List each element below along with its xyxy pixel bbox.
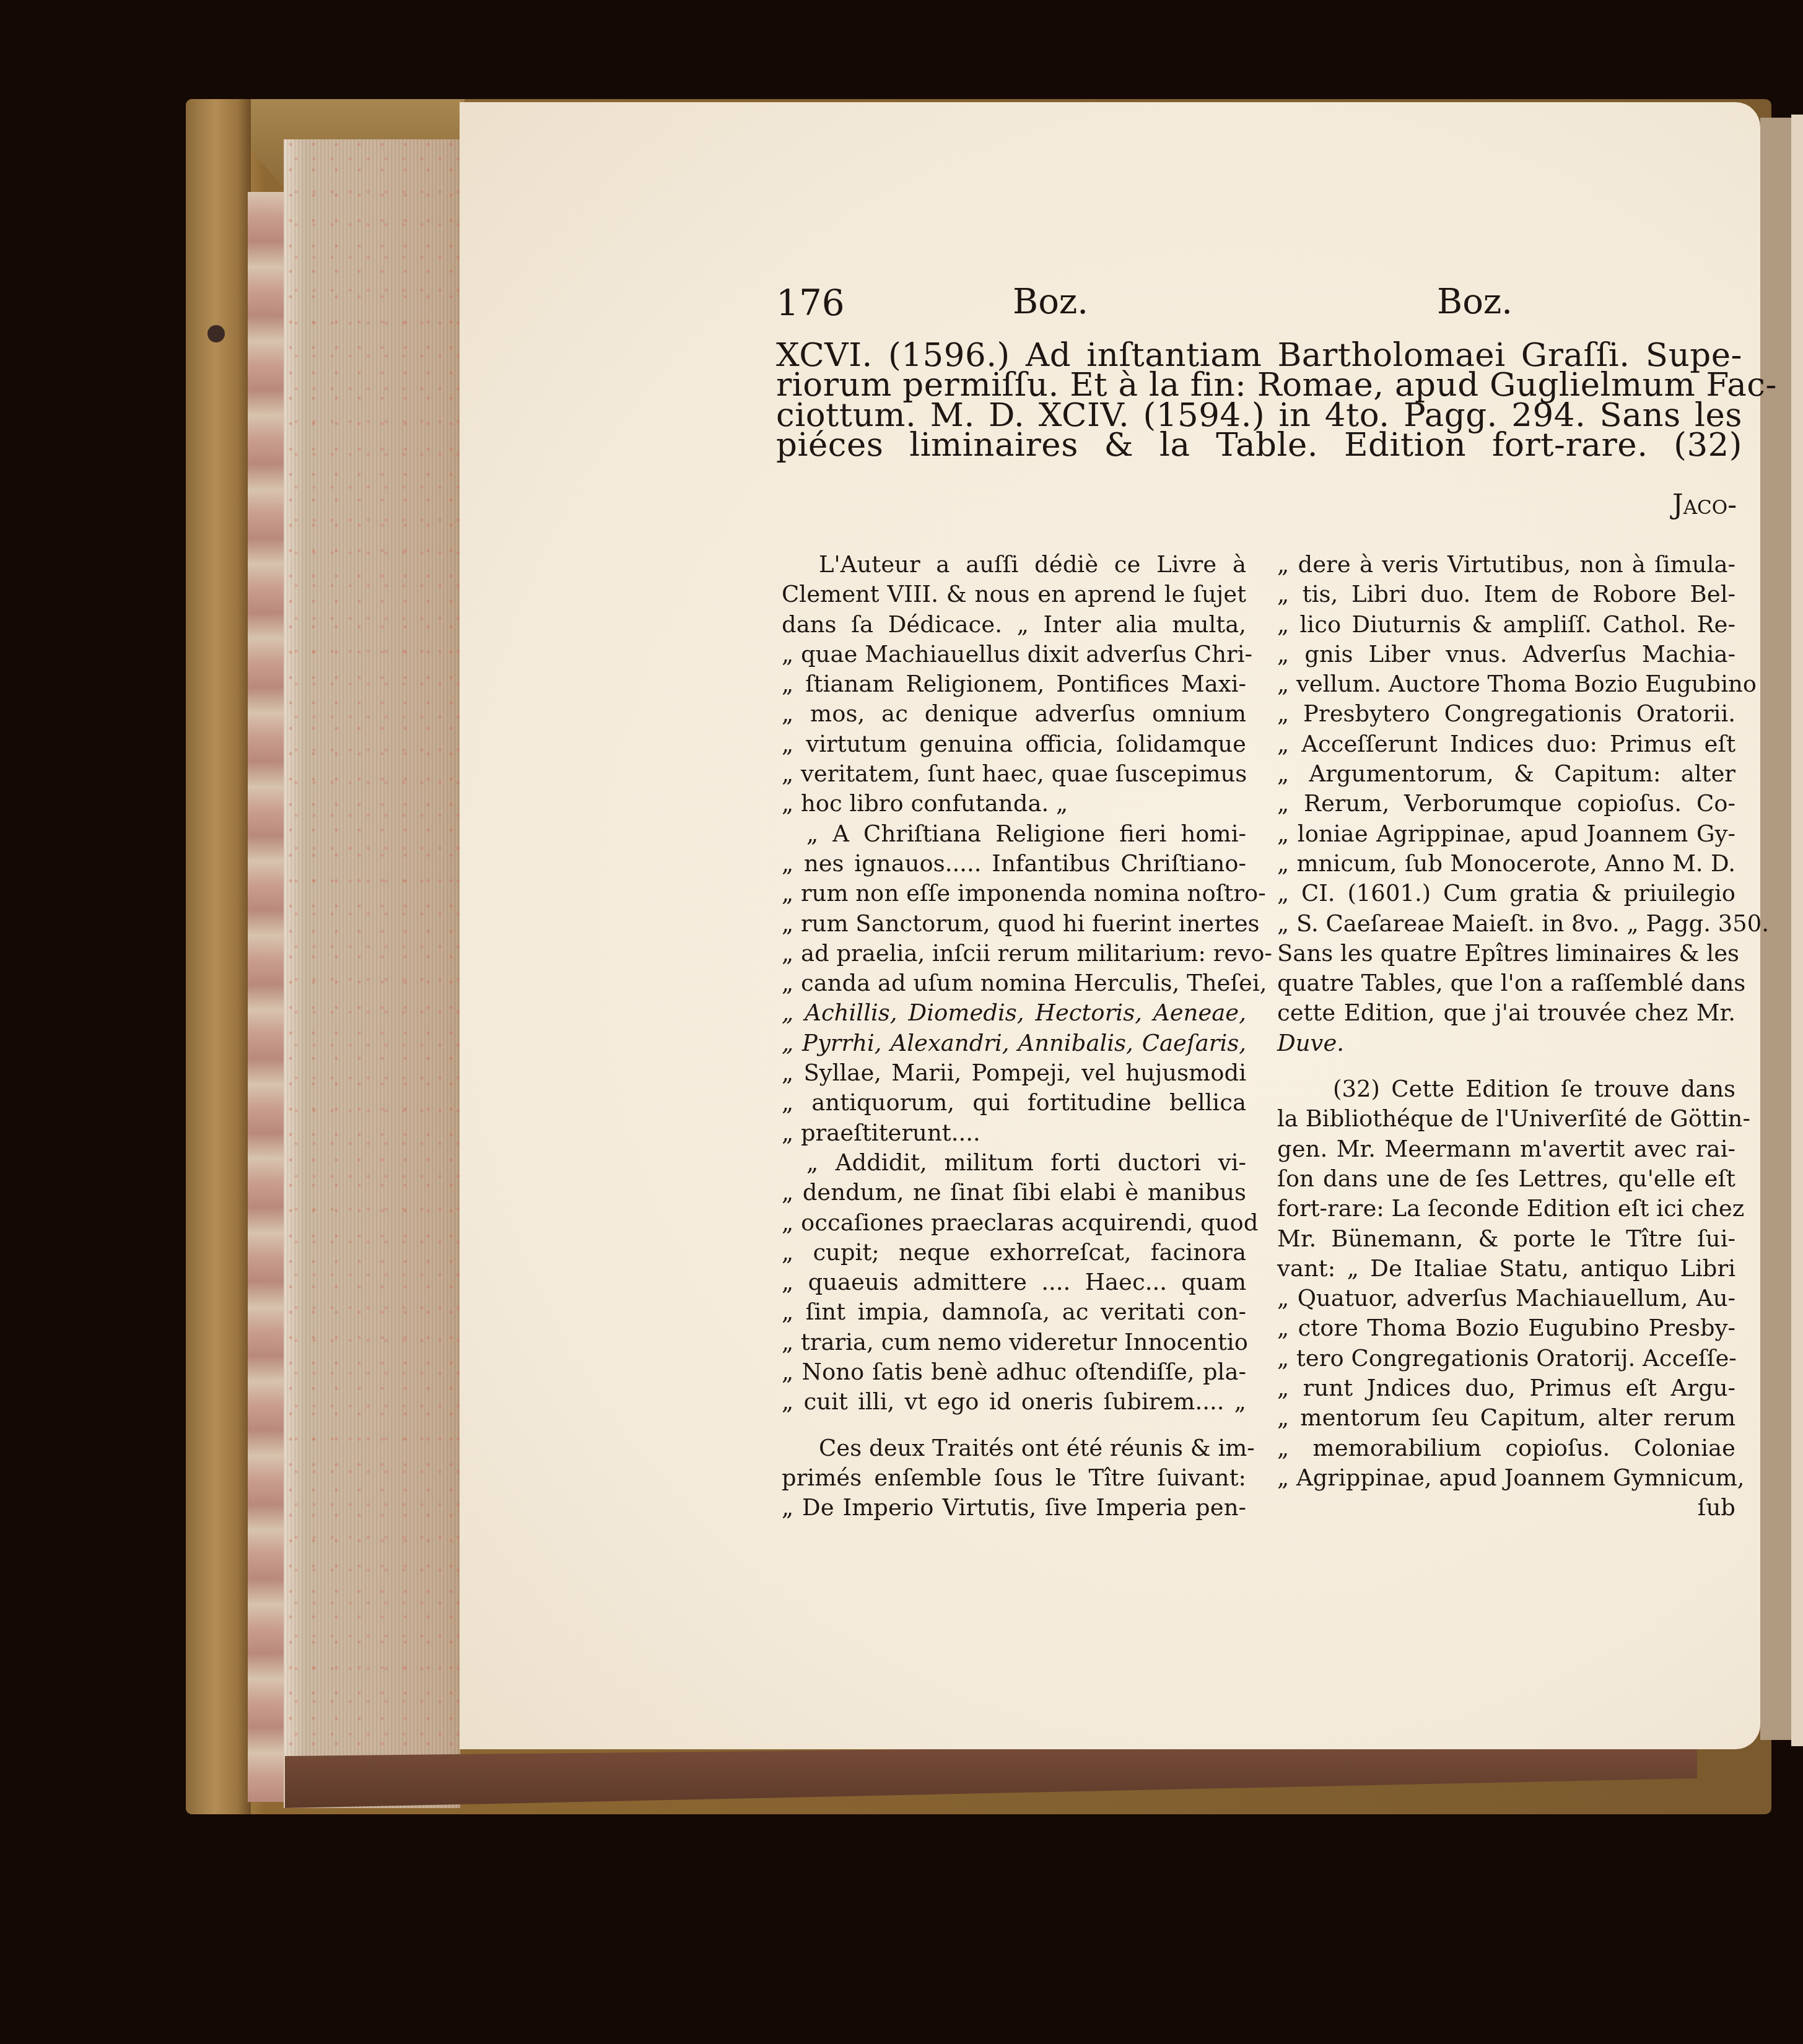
bibliographic-entry: XCVI. (1596.) Ad inſtantiam Bartholomaei… <box>776 339 1742 459</box>
entry-line: ciottum. M. D. XCIV. (1594.) in 4to. Pag… <box>776 399 1742 429</box>
text-line: Ces deux Traités ont été réunis & im- <box>782 1433 1246 1463</box>
footnote-line: Mr. Bünemann, & porte le Tître ſui- <box>1277 1224 1735 1254</box>
text-line: „ virtutum genuina officia, ſolidamque <box>782 729 1246 759</box>
text-line: „ ſint impia, damnoſa, ac veritati con- <box>782 1297 1246 1327</box>
text-line: „ dere à veris Virtutibus, non à ſimula- <box>1277 550 1735 580</box>
facing-page-edge <box>1791 115 1803 1746</box>
footnote-line: (32) Cette Edition ſe trouve dans <box>1277 1074 1735 1104</box>
entry-line: riorum permiſſu. Et à la fin: Romae, apu… <box>776 369 1742 399</box>
text-line: „ tis, Libri duo. Item de Robore Bel- <box>1277 580 1735 609</box>
text-line: „ antiquorum, qui fortitudine bellica <box>782 1088 1246 1118</box>
footnote-line: „ tero Congregationis Oratorij. Acceſſe- <box>1277 1344 1735 1373</box>
right-column: „ dere à veris Virtutibus, non à ſimula-… <box>1277 550 1735 1523</box>
text-line: Duve. <box>1277 1029 1735 1058</box>
text-line: „ veritatem, ſunt haec, quae ſuscepimus <box>782 759 1246 789</box>
text-line: „ CI. (1601.) Cum gratia & priuilegio <box>1277 879 1735 908</box>
text-line: „ occaſiones praeclaras acquirendi, quod <box>782 1208 1246 1238</box>
text-line: „ traria, cum nemo videretur Innocentio <box>782 1328 1246 1357</box>
text-line: „ vellum. Auctore Thoma Bozio Eugubino <box>1277 669 1735 699</box>
text-line: „ Achillis, Diomedis, Hectoris, Aeneae, <box>782 998 1246 1028</box>
text-line: „ lico Diuturnis & ampliſſ. Cathol. Re- <box>1277 610 1735 640</box>
left-column: L'Auteur a auſſi dédiè ce Livre à Clemen… <box>782 550 1246 1523</box>
text-line: „ Presbytero Congregationis Oratorii. <box>1277 699 1735 729</box>
text-line: „ Acceſſerunt Indices duo: Primus eſt <box>1277 729 1735 759</box>
sprinkled-page-edges <box>284 139 460 1808</box>
footnote-line: ſon dans une de ſes Lettres, qu'elle eſt <box>1277 1164 1735 1194</box>
text-line: „ nes ignauos..... Infantibus Chriſtiano… <box>782 849 1246 879</box>
paragraph-gap <box>782 1417 1246 1433</box>
text-line: primés enſemble ſous le Tître ſuivant: <box>782 1463 1246 1493</box>
paragraph-gap <box>1277 1058 1735 1074</box>
footnote-line: „ ctore Thoma Bozio Eugubino Presby- <box>1277 1313 1735 1343</box>
text-line: „ ad praelia, inſcii rerum militarium: r… <box>782 939 1246 968</box>
text-line: „ rum non eſſe imponenda nomina noſtro- <box>782 879 1246 908</box>
text-line: „ Argumentorum, & Capitum: alter <box>1277 759 1735 789</box>
text-line: „ loniae Agrippinae, apud Joannem Gy- <box>1277 819 1735 849</box>
text-line: „ quaeuis admittere .... Haec... quam <box>782 1268 1246 1297</box>
text-line: „ cuit illi, vt ego id oneris ſubirem...… <box>782 1387 1246 1417</box>
entry-line: piéces liminaires & la Table. Edition fo… <box>776 429 1742 459</box>
text-line: „ Rerum, Verborumque copioſus. Co- <box>1277 789 1735 819</box>
text-line: „ Addidit, militum forti ductori vi- <box>782 1148 1246 1178</box>
text-line: Sans les quatre Epîtres liminaires & les <box>1277 939 1735 968</box>
text-line: „ De Imperio Virtutis, ſive Imperia pen- <box>782 1493 1246 1523</box>
text-line: cette Edition, que j'ai trouvée chez Mr. <box>1277 998 1735 1028</box>
footnote-line: la Bibliothéque de l'Univerſité de Götti… <box>1277 1104 1735 1134</box>
text-line: dans ſa Dédicace. „ Inter alia multa, <box>782 610 1246 640</box>
footnote-line: „ mentorum ſeu Capitum, alter rerum <box>1277 1403 1735 1433</box>
footnote-line: gen. Mr. Meermann m'avertit avec rai- <box>1277 1134 1735 1164</box>
text-line: „ S. Caeſareae Maieſt. in 8vo. „ Pagg. 3… <box>1277 909 1735 939</box>
catchword: Jaco- <box>1672 489 1737 521</box>
text-line: quatre Tables, que l'on a raſſemblé dans <box>1277 968 1735 998</box>
text-line: „ canda ad uſum nomina Herculis, Theſei, <box>782 968 1246 998</box>
running-head-right: Boz. <box>1437 282 1513 322</box>
text-line: „ A Chriſtiana Religione fieri homi- <box>782 819 1246 849</box>
footnote-line: „ runt Jndices duo, Primus eſt Argu- <box>1277 1373 1735 1403</box>
catchword-line: ſub <box>1277 1493 1735 1523</box>
page-number: 176 <box>776 282 845 324</box>
leather-binding-edge <box>186 99 251 1814</box>
binding-nail-hole-icon <box>207 325 225 342</box>
text-line: „ gnis Liber vnus. Adverſus Machia- <box>1277 640 1735 669</box>
text-line: „ Syllae, Marii, Pompeji, vel hujusmodi <box>782 1058 1246 1088</box>
text-line: L'Auteur a auſſi dédiè ce Livre à <box>782 550 1246 580</box>
text-line: „ rum Sanctorum, quod hi fuerint inertes <box>782 909 1246 939</box>
text-line: „ Nono ſatis benè adhuc oſtendiſſe, pla- <box>782 1357 1246 1387</box>
marbled-endpaper <box>248 192 284 1802</box>
text-line: „ quae Machiauellus dixit adverſus Chri- <box>782 640 1246 669</box>
text-line: „ dendum, ne ſinat ſibi elabi è manibus <box>782 1178 1246 1207</box>
footnote-line: fort-rare: La ſeconde Edition eſt ici ch… <box>1277 1194 1735 1224</box>
footnote-line: vant: „ De Italiae Statu, antiquo Libri <box>1277 1254 1735 1284</box>
running-head-left: Boz. <box>1013 282 1088 322</box>
footnote-line: „ memorabilium copioſus. Coloniae <box>1277 1433 1735 1463</box>
text-line: „ mnicum, ſub Monocerote, Anno M. D. <box>1277 849 1735 879</box>
footnote-line: „ Agrippinae, apud Joannem Gymnicum, <box>1277 1463 1735 1493</box>
text-line: „ cupit; neque exhorreſcat, facinora <box>782 1238 1246 1268</box>
text-line: Clement VIII. & nous en aprend le ſujet <box>782 580 1246 609</box>
entry-line: XCVI. (1596.) Ad inſtantiam Bartholomaei… <box>776 339 1742 369</box>
text-line: „ hoc libro confutanda. „ <box>782 789 1246 819</box>
text-line: „ praeſtiterunt.... <box>782 1118 1246 1148</box>
text-line: „ mos, ac denique adverſus omnium <box>782 699 1246 729</box>
footnote-line: „ Quatuor, adverſus Machiauellum, Au- <box>1277 1284 1735 1313</box>
text-line: „ Pyrrhi, Alexandri, Annibalis, Caeſaris… <box>782 1029 1246 1058</box>
text-line: „ ſtianam Religionem, Pontifices Maxi- <box>782 669 1246 699</box>
